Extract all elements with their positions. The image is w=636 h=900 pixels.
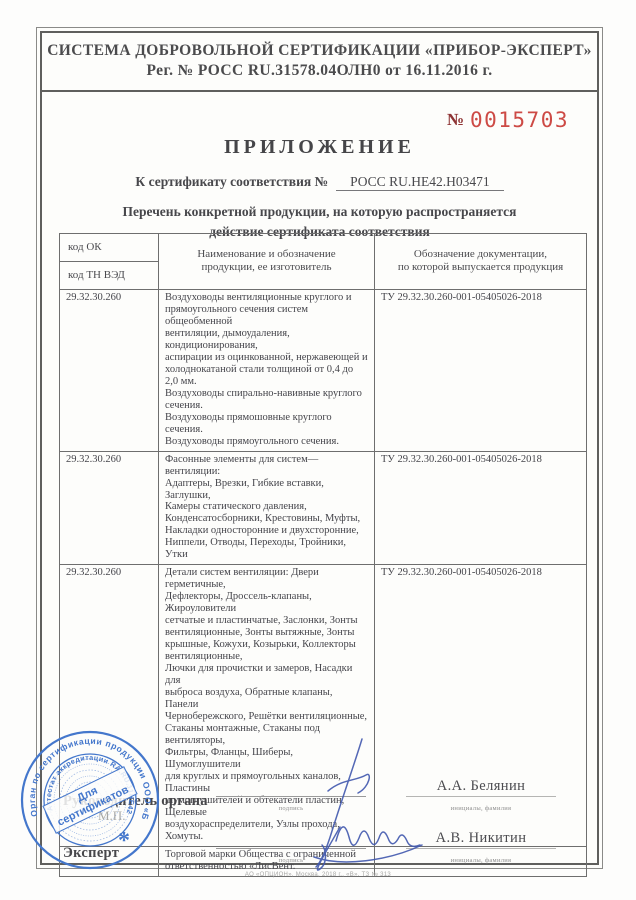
name-block-expert: А.В. Никитин инициалы, фамилия bbox=[406, 830, 556, 868]
number-sign: № bbox=[447, 110, 464, 129]
name-caption: инициалы, фамилия bbox=[451, 857, 512, 864]
header-product-name: Наименование и обозначение продукции, ее… bbox=[159, 234, 375, 290]
form-number: №0015703 bbox=[447, 108, 569, 132]
cell-code: 29.32.30.260 bbox=[60, 290, 159, 452]
cell-product-name: Фасонные элементы для систем— вентиляции… bbox=[159, 451, 375, 565]
signature-caption: подпись bbox=[279, 805, 304, 812]
cell-doc: ТУ 29.32.30.260-001-05405026-2018 bbox=[375, 451, 587, 565]
certification-system-header: СИСТЕМА ДОБРОВОЛЬНОЙ СЕРТИФИКАЦИИ «ПРИБО… bbox=[42, 33, 597, 92]
signature-line-head: подпись bbox=[216, 782, 366, 816]
table-row: 29.32.30.260 Фасонные элементы для систе… bbox=[60, 451, 587, 565]
table-row: 29.32.30.260 Воздуховоды вентиляционные … bbox=[60, 290, 587, 452]
signature-rule bbox=[216, 834, 366, 849]
header-code-ok: код ОК bbox=[60, 234, 159, 262]
system-registration: Рег. № РОСС RU.31578.04ОЛН0 от 16.11.201… bbox=[42, 62, 597, 80]
certificate-reference-label: К сертификату соответствия № bbox=[135, 174, 328, 189]
form-number-digits: 0015703 bbox=[470, 108, 569, 132]
round-stamp: М.П. Орган по сертификации продукции ООО… bbox=[14, 724, 166, 876]
signature-line-expert: подпись bbox=[216, 834, 366, 868]
head-name: А.А. Белянин bbox=[406, 778, 556, 797]
cell-product-name: Воздуховоды вентиляционные круглого и пр… bbox=[159, 290, 375, 452]
name-block-head: А.А. Белянин инициалы, фамилия bbox=[406, 778, 556, 816]
certificate-appendix-page: { "header": { "line1": "СИСТЕМА ДОБРОВОЛ… bbox=[0, 0, 636, 900]
name-caption: инициалы, фамилия bbox=[451, 805, 512, 812]
certificate-number: РОСС RU.НЕ42.Н03471 bbox=[336, 174, 503, 191]
system-name: СИСТЕМА ДОБРОВОЛЬНОЙ СЕРТИФИКАЦИИ «ПРИБО… bbox=[42, 42, 597, 60]
page-title: ПРИЛОЖЕНИЕ bbox=[42, 136, 597, 159]
cell-doc: ТУ 29.32.30.260-001-05405026-2018 bbox=[375, 290, 587, 452]
table-header-row-1: код ОК Наименование и обозначение продук… bbox=[60, 234, 587, 262]
certificate-reference-line: К сертификату соответствия №РОСС RU.НЕ42… bbox=[42, 174, 597, 190]
signature-caption: подпись bbox=[279, 857, 304, 864]
cell-code: 29.32.30.260 bbox=[60, 451, 159, 565]
header-code-tnved: код ТН ВЭД bbox=[60, 262, 159, 290]
expert-name: А.В. Никитин bbox=[406, 830, 556, 849]
stamp-asterisk: * bbox=[118, 828, 130, 854]
header-documentation: Обозначение документации, по которой вып… bbox=[375, 234, 587, 290]
print-house-imprint: АО «ОПЦИОН», Москва, 2018 г., «В». ТЗ № … bbox=[0, 872, 636, 878]
signature-rule bbox=[216, 782, 366, 797]
